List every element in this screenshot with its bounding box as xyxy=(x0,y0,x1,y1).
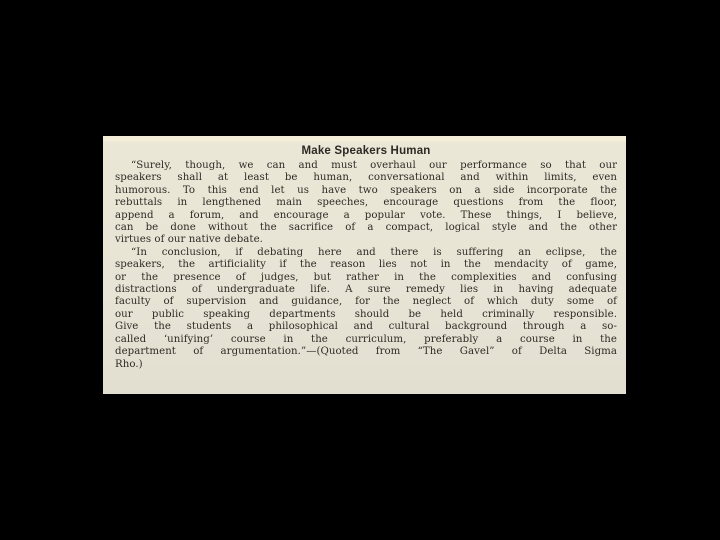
text-line: distractions of undergraduate life. A su… xyxy=(115,284,617,296)
article-paragraph-2: “In conclusion, if debating here and the… xyxy=(115,247,617,371)
text-line: “Surely, though, we can and must overhau… xyxy=(115,160,617,172)
text-line: speakers shall at least be human, conver… xyxy=(115,172,617,184)
article-headline: Make Speakers Human xyxy=(115,145,617,157)
text-line: “In conclusion, if debating here and the… xyxy=(115,247,617,259)
text-line: Rho.) xyxy=(115,359,617,371)
article-paragraph-1: “Surely, though, we can and must overhau… xyxy=(115,160,617,247)
newspaper-clipping: Make Speakers Human “Surely, though, we … xyxy=(103,136,626,394)
text-line: our public speaking departments should b… xyxy=(115,309,617,321)
text-line: faculty of supervision and guidance, for… xyxy=(115,296,617,308)
text-line: rebuttals in lengthened main speeches, e… xyxy=(115,197,617,209)
text-line: can be done without the sacrifice of a c… xyxy=(115,222,617,234)
text-line: append a forum, and encourage a popular … xyxy=(115,210,617,222)
text-line: department of argumentation.”—(Quoted fr… xyxy=(115,346,617,358)
text-line: called ‘unifying’ course in the curricul… xyxy=(115,334,617,346)
text-line: virtues of our native debate. xyxy=(115,234,617,246)
text-line: Give the students a philosophical and cu… xyxy=(115,321,617,333)
text-line: or the presence of judges, but rather in… xyxy=(115,272,617,284)
text-line: humorous. To this end let us have two sp… xyxy=(115,185,617,197)
text-line: speakers, the artificiality if the reaso… xyxy=(115,259,617,271)
